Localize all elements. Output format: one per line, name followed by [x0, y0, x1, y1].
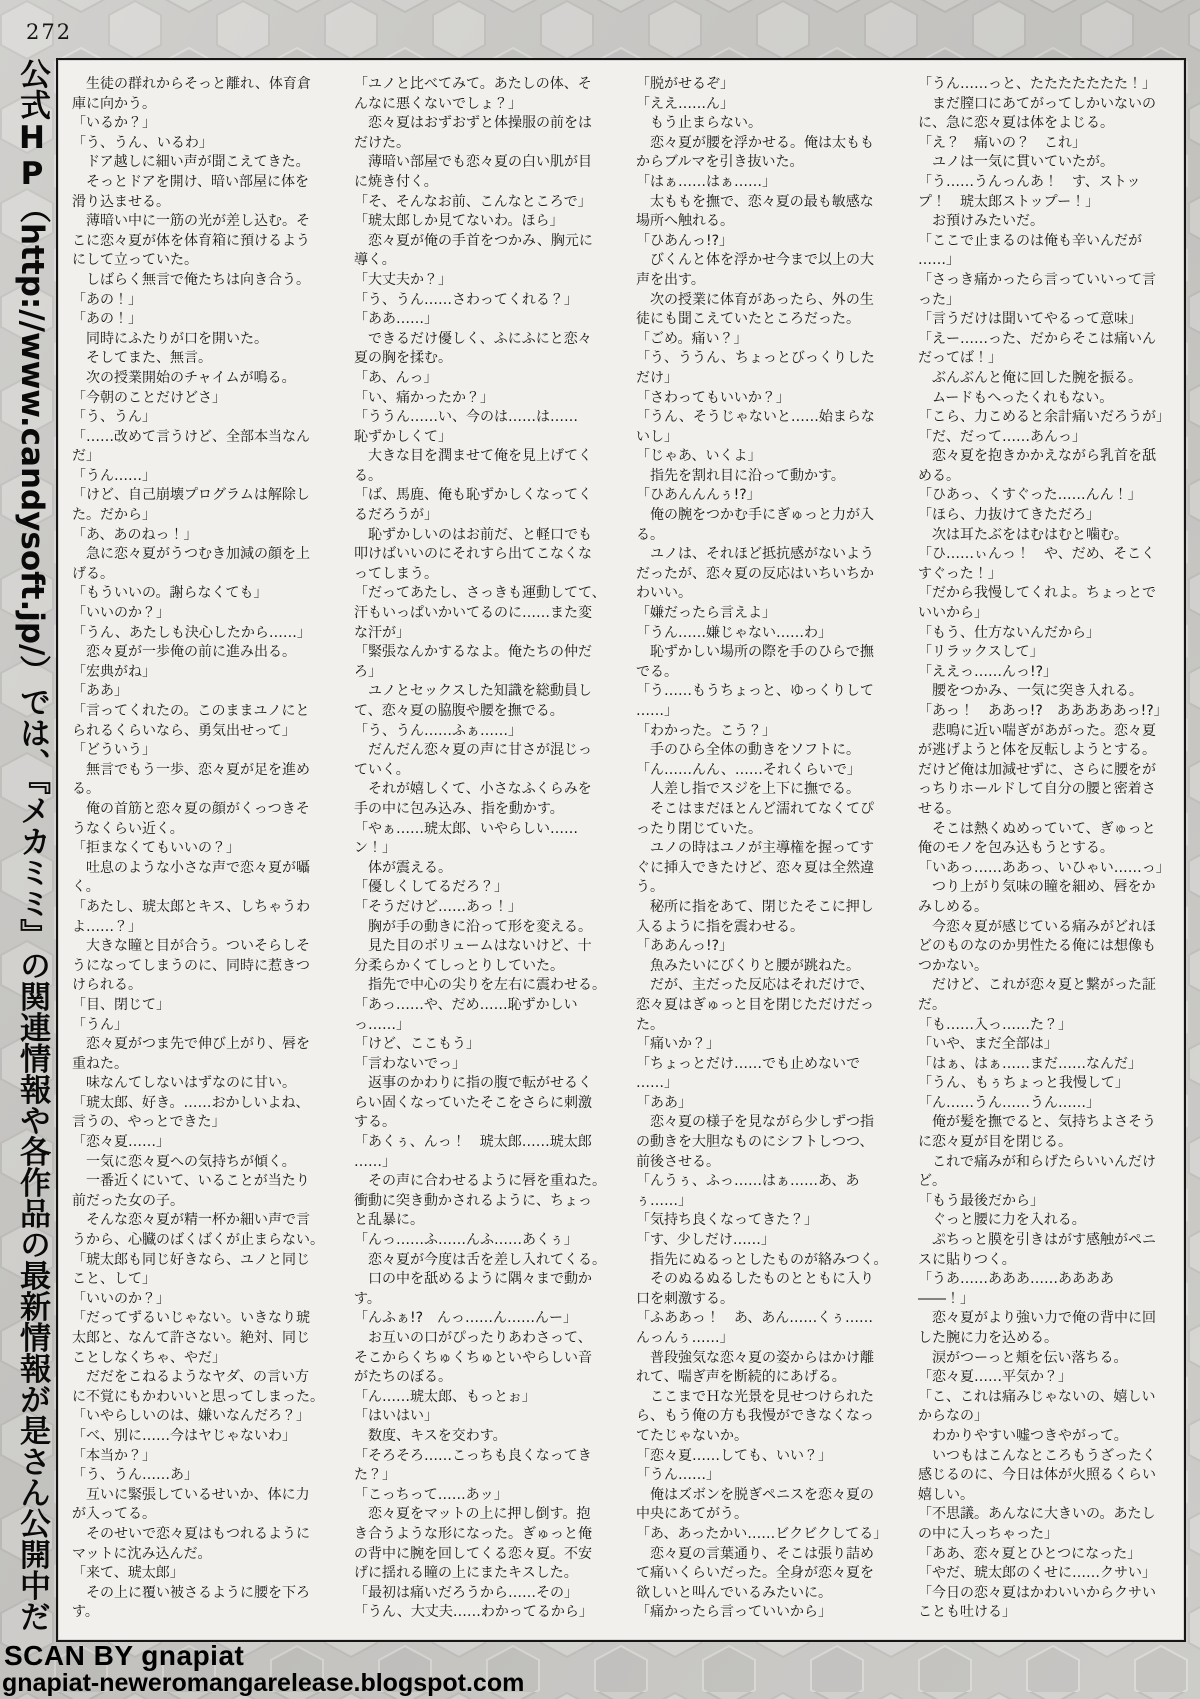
story-text-box: 生徒の群れからそっと離れ、体育倉 庫に向かう。 「いるか？」 「う、うん、いるわ… [56, 58, 1186, 1642]
text-column-3: 「脱がせるぞ」 「ええ……ん」 もう止まらない。 恋々夏が腰を浮かせる。俺は太も… [636, 75, 894, 1630]
sidebar-text-hp: HP [14, 120, 50, 192]
scanned-page: 272 公式HP（http://www.candysoft.jp/）では、『メカ… [0, 0, 1200, 1699]
sidebar-text-body: （http://www.candysoft.jp/）では、『メカミミ』の関連情報… [6, 58, 50, 1632]
text-column-4: 「うん……っと、たたたたたたた！」 まだ膣口にあてがってしかいないの に、急に恋… [918, 75, 1176, 1630]
scan-blog-url: gnapiat-neweromangarelease.blogspot.com [2, 1669, 524, 1698]
text-column-1: 生徒の群れからそっと離れ、体育倉 庫に向かう。 「いるか？」 「う、うん、いるわ… [72, 75, 330, 1630]
text-column-2: 「ユノと比べてみて。あたしの体、そ んなに悪くないでしょ？」 恋々夏はおずおずと… [354, 75, 612, 1630]
sidebar-margin-note: 公式HP（http://www.candysoft.jp/）では、『メカミミ』の… [6, 58, 58, 1650]
sidebar-text-prefix: 公式 [14, 58, 50, 120]
page-number: 272 [26, 20, 72, 44]
scan-credit: SCAN BY gnapiat [4, 1640, 244, 1672]
